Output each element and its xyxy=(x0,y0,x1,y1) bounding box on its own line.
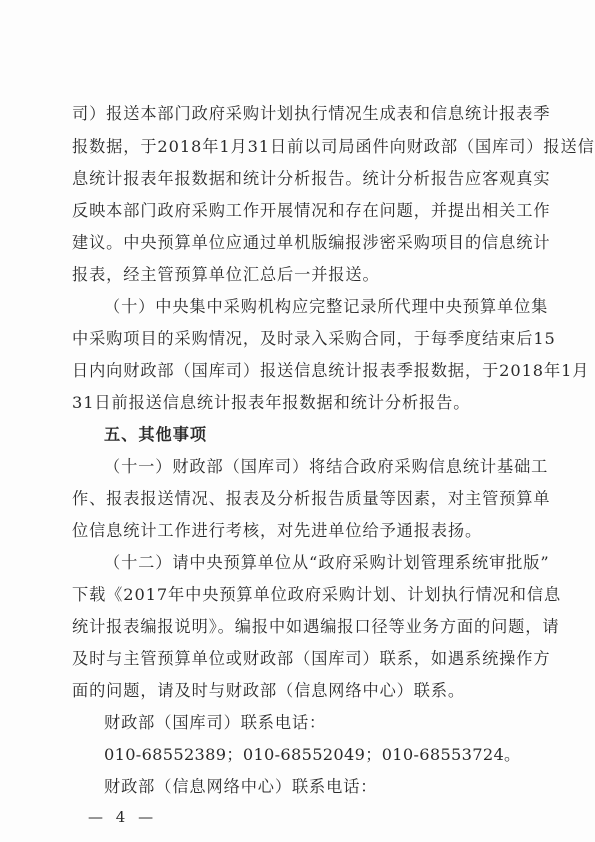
section-heading: 五、其他事项 xyxy=(104,425,564,445)
text-line: 中采购项目的采购情况，及时录入采购合同，于每季度结束后15 xyxy=(72,329,532,349)
paragraph-10-start: （十）中央集中采购机构应完整记录所代理中央预算单位集 xyxy=(104,297,564,317)
page-number: — 4 — xyxy=(88,808,157,826)
contact-label-treasury: 财政部（国库司）联系电话： xyxy=(104,713,564,733)
text-line: 作、报表报送情况、报表及分析报告质量等因素，对主管预算单 xyxy=(72,489,532,509)
text-line: 息统计报表年报数据和统计分析报告。统计分析报告应客观真实 xyxy=(72,169,532,189)
paragraph-12-start: （十二）请中央预算单位从“政府采购计划管理系统审批版” xyxy=(104,553,564,573)
text-line: 报数据，于2018年1月31日前以司局函件向财政部（国库司）报送信 xyxy=(72,137,532,157)
contact-phones-treasury: 010-68552389；010-68552049；010-68553724。 xyxy=(104,745,564,765)
text-line: 及时与主管预算单位或财政部（国库司）联系，如遇系统操作方 xyxy=(72,649,532,669)
contact-label-network-center: 财政部（信息网络中心）联系电话： xyxy=(104,777,564,797)
text-line: 反映本部门政府采购工作开展情况和存在问题，并提出相关工作 xyxy=(72,201,532,221)
text-line: 日内向财政部（国库司）报送信息统计报表季报数据，于2018年1月 xyxy=(72,361,532,381)
text-line: 面的问题，请及时与财政部（信息网络中心）联系。 xyxy=(72,681,532,701)
paragraph-11-start: （十一）财政部（国库司）将结合政府采购信息统计基础工 xyxy=(104,457,564,477)
text-line: 统计报表编报说明》。编报中如遇编报口径等业务方面的问题，请 xyxy=(72,617,532,637)
text-line: 下载《2017年中央预算单位政府采购计划、计划执行情况和信息 xyxy=(72,585,532,605)
text-line: 建议。中央预算单位应通过单机版编报涉密采购项目的信息统计 xyxy=(72,233,532,253)
text-line: 司）报送本部门政府采购计划执行情况生成表和信息统计报表季 xyxy=(72,104,532,124)
text-line: 位信息统计工作进行考核，对先进单位给予通报表扬。 xyxy=(72,521,532,541)
document-page: 司）报送本部门政府采购计划执行情况生成表和信息统计报表季 报数据，于2018年1… xyxy=(0,0,595,842)
text-line: 报表，经主管预算单位汇总后一并报送。 xyxy=(72,265,532,285)
text-line: 31日前报送信息统计报表年报数据和统计分析报告。 xyxy=(72,393,532,413)
